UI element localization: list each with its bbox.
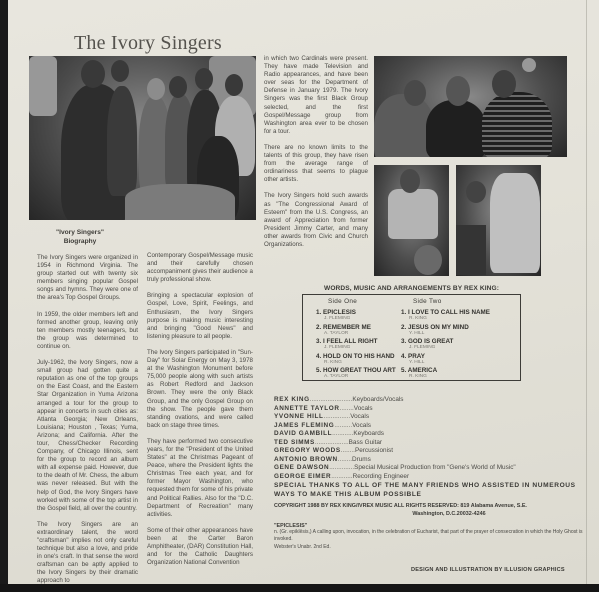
definition-source: Webster's Unabr. 2nd Ed. <box>274 544 584 550</box>
album-back-cover: The Ivory Singers <box>8 0 599 584</box>
track-title: 3. GOD IS GREAT <box>401 338 490 345</box>
track-credit: Y. HILL <box>409 360 490 366</box>
personnel-name: GREGORY WOODS <box>274 447 341 454</box>
copyright-notice: COPYRIGHT 1988 BY REX KING/IVREX MUSIC A… <box>274 503 594 518</box>
personnel-name: GENE DAWSON <box>274 464 329 471</box>
leader-dots: ........ <box>341 447 355 454</box>
track-item: 4. PRAY Y. HILL <box>401 353 490 368</box>
personnel-item: ANNETTE TAYLOR........Vocals <box>274 405 516 414</box>
special-thanks: SPECIAL THANKS TO ALL OF THE MANY FRIEND… <box>274 481 594 499</box>
paragraph: There are no known limits to the talents… <box>264 144 368 184</box>
leader-dots: ............... <box>324 413 351 420</box>
paragraph: The Ivory Singers participated in "Sun-D… <box>147 349 253 430</box>
track-item: 1. EPICLESIS J. FLEMING <box>316 309 396 324</box>
personnel-name: GEORGE EIMER <box>274 473 331 480</box>
personnel-list: REX KING........................Keyboard… <box>274 396 516 481</box>
paragraph: The Ivory Singers were organized in 1954… <box>37 254 138 303</box>
track-credit: J. FLEMING <box>324 345 396 351</box>
personnel-item: GENE DAWSON..............Special Musical… <box>274 464 516 473</box>
personnel-item: JAMES FLEMING..........Vocals <box>274 422 516 431</box>
side-two-label: Side Two <box>413 298 442 305</box>
track-credit: R. KING <box>409 374 490 380</box>
design-credit: DESIGN AND ILLUSTRATION BY ILLUSION GRAP… <box>411 567 565 573</box>
biography-heading: "Ivory Singers" Biography <box>30 228 130 246</box>
personnel-role: Bass Guitar <box>349 439 382 446</box>
paragraph: July-1962, the Ivory Singers, now a smal… <box>37 359 138 513</box>
personnel-item: DAVID GAMBILL............Keyboards <box>274 430 516 439</box>
biography-heading-line2: Biography <box>30 237 130 246</box>
personnel-name: REX KING <box>274 396 310 403</box>
biography-heading-line1: "Ivory Singers" <box>30 228 130 237</box>
track-title: 5. HOW GREAT THOU ART <box>316 367 396 374</box>
track-title: 5. AMERICA <box>401 367 490 374</box>
personnel-role: Special Musical Production from "Gene's … <box>354 464 516 471</box>
definition-text: n. (Gr. epiklēsis,) A calling upon, invo… <box>274 529 583 541</box>
track-title: 2. REMEMBER ME <box>316 324 396 331</box>
track-title: 1. EPICLESIS <box>316 309 396 316</box>
track-item: 1. I LOVE TO CALL HIS NAME R. KING <box>401 309 490 324</box>
copyright-line: COPYRIGHT 1988 BY REX KING/IVREX MUSIC A… <box>274 503 527 509</box>
personnel-role: Vocals <box>354 405 373 412</box>
track-credit: A. TAYLOR <box>324 331 396 337</box>
piano-photo <box>456 165 541 276</box>
copyright-address: Washington, D.C.20032-4246 <box>274 511 594 519</box>
track-credit: Y. HILL <box>409 331 490 337</box>
personnel-item: REX KING........................Keyboard… <box>274 396 516 405</box>
biography-column-3: in which two Cardinals were present. The… <box>264 55 368 257</box>
track-item: 2. JESUS ON MY MIND Y. HILL <box>401 324 490 339</box>
personnel-name: JAMES FLEMING <box>274 422 334 429</box>
personnel-item: GREGORY WOODS........Percussionist <box>274 447 516 456</box>
paragraph: Contemporary Gospel/Message music and th… <box>147 252 253 284</box>
personnel-role: Vocals <box>350 413 369 420</box>
epiclesis-definition: "EPICLESIS" n. (Gr. epiklēsis,) A callin… <box>274 523 584 551</box>
leader-dots: ............ <box>332 430 353 437</box>
track-credit: R. KING <box>324 360 396 366</box>
page-title: The Ivory Singers <box>74 32 222 55</box>
paragraph: The Ivory Singers are an extraordinary t… <box>37 521 138 586</box>
track-credit: J. FLEMING <box>324 316 396 322</box>
track-title: 3. I FEEL ALL RIGHT <box>316 338 396 345</box>
personnel-item: GEORGE EIMER............Recording Engine… <box>274 473 516 482</box>
personnel-item: ANTONIO BROWN........Drums <box>274 456 516 465</box>
side-one-label: Side One <box>328 298 357 305</box>
track-credit: J. FLEMING <box>409 345 490 351</box>
tracklist-box: Side One Side Two 1. EPICLESIS J. FLEMIN… <box>302 294 521 381</box>
track-title: 1. I LOVE TO CALL HIS NAME <box>401 309 490 316</box>
track-item: 4. HOLD ON TO HIS HAND R. KING <box>316 353 396 368</box>
paragraph: They have performed two consecutive year… <box>147 438 253 519</box>
personnel-name: YVONNE HILL <box>274 413 324 420</box>
leader-dots: ............ <box>331 473 352 480</box>
leader-dots: ........ <box>338 456 352 463</box>
biography-column-2: Contemporary Gospel/Message music and th… <box>147 252 253 575</box>
group-photo <box>29 56 256 220</box>
personnel-name: ANNETTE TAYLOR <box>274 405 340 412</box>
track-title: 4. HOLD ON TO HIS HAND <box>316 353 396 360</box>
personnel-role: Percussionist <box>355 447 393 454</box>
personnel-name: TED SIMMS <box>274 439 315 446</box>
personnel-role: Keyboards/Vocals <box>352 396 403 403</box>
paragraph: The Ivory Singers hold such awards as "T… <box>264 192 368 249</box>
trio-photo <box>374 56 567 157</box>
leader-dots: ........ <box>340 405 354 412</box>
track-credit: R. KING <box>409 316 490 322</box>
duo-photo <box>374 165 449 276</box>
personnel-role: Drums <box>352 456 371 463</box>
personnel-name: ANTONIO BROWN <box>274 456 338 463</box>
paragraph: in which two Cardinals were present. The… <box>264 55 368 136</box>
leader-dots: ................... <box>315 439 349 446</box>
track-title: 4. PRAY <box>401 353 490 360</box>
personnel-role: Vocals <box>352 422 371 429</box>
track-credit: A. TAYLOR <box>324 374 396 380</box>
paragraph: Bringing a spectacular explosion of Gosp… <box>147 292 253 341</box>
personnel-role: Recording Engineer <box>353 473 410 480</box>
personnel-role: Keyboards <box>353 430 384 437</box>
paragraph: Some of their other appearances have bee… <box>147 527 253 567</box>
leader-dots: .............. <box>329 464 354 471</box>
track-title: 2. JESUS ON MY MIND <box>401 324 490 331</box>
track-item: 5. HOW GREAT THOU ART A. TAYLOR <box>316 367 396 382</box>
track-item: 2. REMEMBER ME A. TAYLOR <box>316 324 396 339</box>
leader-dots: .......... <box>334 422 352 429</box>
side-two-tracks: 1. I LOVE TO CALL HIS NAME R. KING 2. JE… <box>401 309 490 382</box>
personnel-item: TED SIMMS...................Bass Guitar <box>274 439 516 448</box>
track-item: 3. GOD IS GREAT J. FLEMING <box>401 338 490 353</box>
biography-column-1: The Ivory Singers were organized in 1954… <box>37 254 138 592</box>
personnel-name: DAVID GAMBILL <box>274 430 332 437</box>
track-item: 3. I FEEL ALL RIGHT J. FLEMING <box>316 338 396 353</box>
leader-dots: ........................ <box>310 396 353 403</box>
credits-heading: WORDS, MUSIC AND ARRANGEMENTS BY REX KIN… <box>324 285 499 292</box>
personnel-item: YVONNE HILL...............Vocals <box>274 413 516 422</box>
track-item: 5. AMERICA R. KING <box>401 367 490 382</box>
side-one-tracks: 1. EPICLESIS J. FLEMING 2. REMEMBER ME A… <box>316 309 396 382</box>
bottom-edge-shadow <box>0 584 599 592</box>
paragraph: In 1959, the older members left and form… <box>37 311 138 351</box>
